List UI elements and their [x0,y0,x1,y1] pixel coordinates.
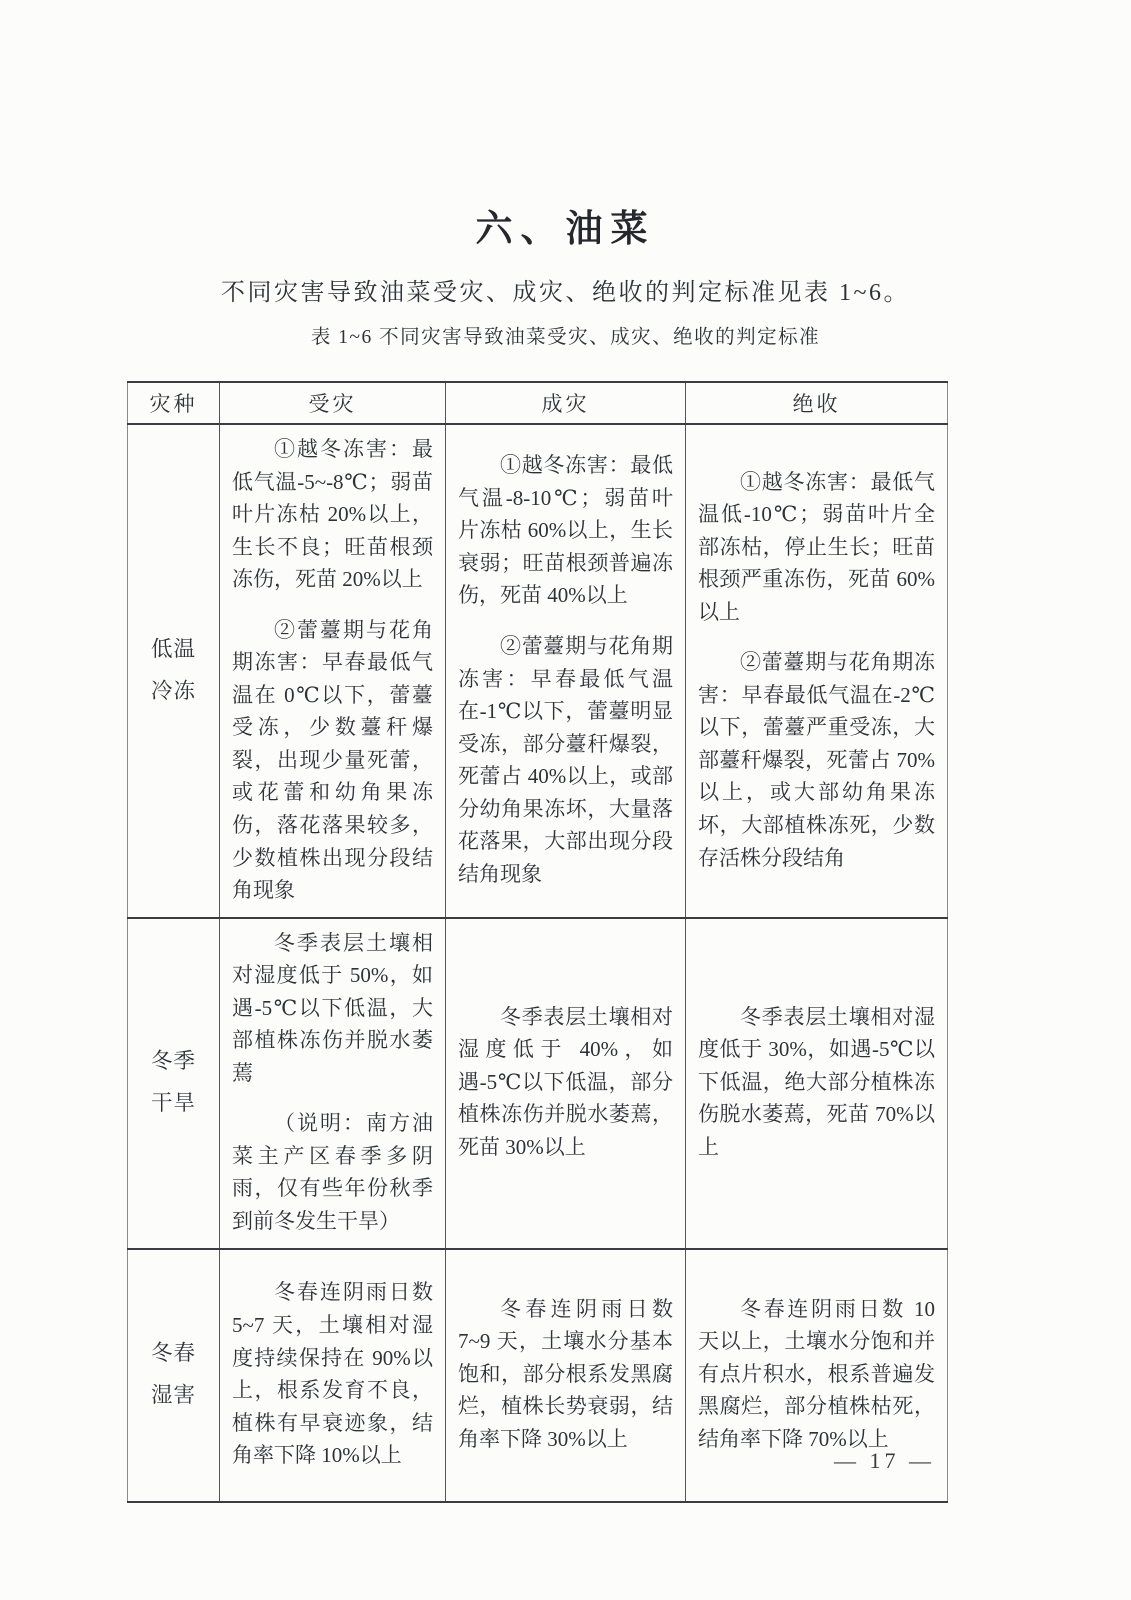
cell-wet-affected: 冬春连阴雨日数 5~7 天，土壤相对湿度持续保持在 90%以上，根系发育不良，植… [220,1249,446,1502]
cell-winter-drought-damaged: 冬季表层土壤相对湿度低于 40%，如遇-5℃以下低温，部分植株冻伤并脱水萎蔫，死… [446,918,686,1249]
table-row-low-temp-freeze: 低温 冷冻 ①越冬冻害：最低气温-5~-8℃；弱苗叶片冻枯 20%以上，生长不良… [128,424,948,918]
row-label-winter-drought: 冬季 干旱 [128,918,220,1249]
criteria-paragraph: 冬春连阴雨日数 5~7 天，土壤相对湿度持续保持在 90%以上，根系发育不良，植… [232,1276,433,1471]
criteria-paragraph: 冬春连阴雨日数 7~9 天，土壤水分基本饱和，部分根系发黑腐烂，植株长势衰弱，结… [458,1293,673,1456]
criteria-paragraph: ①越冬冻害：最低气温低-10℃；弱苗叶片全部冻枯，停止生长；旺苗根颈严重冻伤，死… [698,466,935,629]
criteria-paragraph: ②蕾薹期与花角期冻害：早春最低气温在-1℃以下，蕾薹明显受冻，部分薹秆爆裂，死蕾… [458,630,673,890]
page-number: — 17 — [834,1448,935,1474]
criteria-paragraph: ②蕾薹期与花角期冻害：早春最低气温在 0℃以下，蕾薹受冻，少数薹秆爆裂，出现少量… [232,614,433,907]
col-header-affected: 受灾 [220,382,446,424]
cell-low-temp-affected: ①越冬冻害：最低气温-5~-8℃；弱苗叶片冻枯 20%以上，生长不良；旺苗根颈冻… [220,424,446,918]
table-row-winter-spring-wet: 冬春 湿害 冬春连阴雨日数 5~7 天，土壤相对湿度持续保持在 90%以上，根系… [128,1249,948,1502]
criteria-paragraph: 冬季表层土壤相对湿度低于 30%，如遇-5℃以下低温，绝大部分植株冻伤脱水萎蔫，… [698,1001,935,1164]
disaster-criteria-table: 灾种 受灾 成灾 绝收 低温 冷冻 ①越冬冻害：最低气温-5~-8℃；弱苗叶片冻… [127,381,948,1503]
cell-winter-drought-total-loss: 冬季表层土壤相对湿度低于 30%，如遇-5℃以下低温，绝大部分植株冻伤脱水萎蔫，… [686,918,948,1249]
col-header-damaged: 成灾 [446,382,686,424]
cell-low-temp-damaged: ①越冬冻害：最低气温-8-10℃；弱苗叶片冻枯 60%以上，生长衰弱；旺苗根颈普… [446,424,686,918]
cell-wet-damaged: 冬春连阴雨日数 7~9 天，土壤水分基本饱和，部分根系发黑腐烂，植株长势衰弱，结… [446,1249,686,1502]
criteria-paragraph: 冬春连阴雨日数 10 天以上，土壤水分饱和并有点片积水，根系普遍发黑腐烂，部分植… [698,1293,935,1456]
row-label-low-temp-freeze: 低温 冷冻 [128,424,220,918]
criteria-paragraph: ①越冬冻害：最低气温-8-10℃；弱苗叶片冻枯 60%以上，生长衰弱；旺苗根颈普… [458,449,673,612]
table-row-winter-drought: 冬季 干旱 冬季表层土壤相对湿度低于 50%，如遇-5℃以下低温，大部植株冻伤并… [128,918,948,1249]
cell-low-temp-total-loss: ①越冬冻害：最低气温低-10℃；弱苗叶片全部冻枯，停止生长；旺苗根颈严重冻伤，死… [686,424,948,918]
criteria-paragraph: （说明：南方油菜主产区春季多阴雨，仅有些年份秋季到前冬发生干旱） [232,1107,433,1237]
col-header-disaster-type: 灾种 [128,382,220,424]
row-label-winter-spring-wet: 冬春 湿害 [128,1249,220,1502]
criteria-paragraph: ①越冬冻害：最低气温-5~-8℃；弱苗叶片冻枯 20%以上，生长不良；旺苗根颈冻… [232,433,433,596]
document-page: 六、油菜 不同灾害导致油菜受灾、成灾、绝收的判定标准见表 1~6。 表 1~6 … [0,0,1131,1600]
intro-text: 不同灾害导致油菜受灾、成灾、绝收的判定标准见表 1~6。 [0,272,1131,307]
table-header-row: 灾种 受灾 成灾 绝收 [128,382,948,424]
page-title: 六、油菜 [0,198,1131,252]
criteria-paragraph: ②蕾薹期与花角期冻害：早春最低气温在-2℃以下，蕾薹严重受冻，大部薹秆爆裂，死蕾… [698,646,935,874]
criteria-paragraph: 冬季表层土壤相对湿度低于 50%，如遇-5℃以下低温，大部植株冻伤并脱水萎蔫 [232,927,433,1090]
col-header-total-loss: 绝收 [686,382,948,424]
criteria-paragraph: 冬季表层土壤相对湿度低于 40%，如遇-5℃以下低温，部分植株冻伤并脱水萎蔫，死… [458,1001,673,1164]
cell-winter-drought-affected: 冬季表层土壤相对湿度低于 50%，如遇-5℃以下低温，大部植株冻伤并脱水萎蔫 （… [220,918,446,1249]
table-caption: 表 1~6 不同灾害导致油菜受灾、成灾、绝收的判定标准 [0,321,1131,349]
